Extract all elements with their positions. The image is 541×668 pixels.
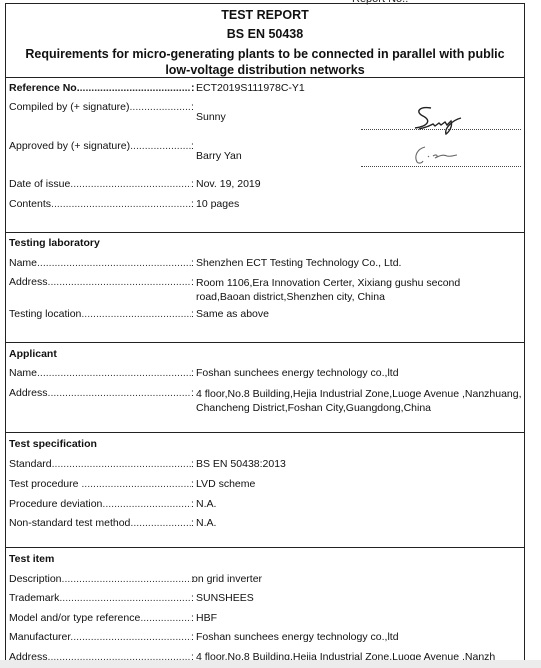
model-row: Model and/or type reference.............…	[9, 612, 197, 624]
non-standard-method-value: N.A.	[196, 517, 216, 529]
lab-name-value: Shenzhen ECT Testing Technology Co., Ltd…	[196, 257, 401, 269]
test-procedure-row: Test procedure .........................…	[9, 478, 197, 490]
divider	[6, 342, 524, 343]
report-standard: BS EN 50438	[6, 27, 524, 41]
divider	[6, 77, 524, 78]
trademark-row: Trademark...............................…	[9, 592, 197, 604]
lab-address-value: Room 1106,Era Innovation Certer, Xixiang…	[196, 276, 486, 304]
compiled-row: Compiled by (+ signature)...............…	[9, 101, 197, 113]
date-row: Date of issue...........................…	[9, 178, 197, 190]
procedure-deviation-row: Procedure deviation.....................…	[9, 498, 197, 510]
test-item-heading: Test item	[9, 553, 54, 565]
approved-signature-line	[361, 166, 521, 167]
standard-value: BS EN 50438:2013	[196, 458, 286, 470]
description-row: Description.............................…	[9, 573, 197, 585]
test-procedure-value: LVD scheme	[196, 478, 255, 490]
applicant-heading: Applicant	[9, 348, 57, 360]
trademark-value: SUNSHEES	[196, 592, 254, 604]
description-value: on grid inverter	[192, 573, 262, 585]
applicant-name-value: Foshan sunchees energy technology co.,lt…	[196, 367, 399, 379]
contents-value: 10 pages	[196, 198, 239, 210]
divider	[6, 547, 524, 548]
lab-address-row: Address.................................…	[9, 276, 197, 288]
report-frame: TEST REPORT BS EN 50438 Requirements for…	[5, 3, 525, 668]
sunny-signature-icon	[409, 104, 469, 136]
lab-name-row: Name....................................…	[9, 257, 197, 269]
applicant-address-row: Address.................................…	[9, 387, 197, 399]
testing-location-value: Same as above	[196, 308, 269, 320]
date-value: Nov. 19, 2019	[196, 178, 261, 190]
approved-row: Approved by (+ signature)...............…	[9, 140, 197, 152]
test-specification-heading: Test specification	[9, 438, 97, 450]
page-bottom-edge	[0, 660, 541, 668]
applicant-name-row: Name....................................…	[9, 367, 197, 379]
procedure-deviation-value: N.A.	[196, 498, 216, 510]
divider	[6, 432, 524, 433]
testing-location-row: Testing location........................…	[9, 308, 197, 320]
divider	[6, 232, 524, 233]
applicant-address-value: 4 floor,No.8 Building,Hejia Industrial Z…	[196, 387, 526, 415]
model-value: HBF	[196, 612, 217, 624]
barry-yan-signature-icon	[411, 144, 461, 166]
compiled-value: Sunny	[196, 111, 226, 123]
reference-row: Reference No............................…	[9, 82, 197, 94]
approved-value: Barry Yan	[196, 150, 242, 162]
testing-laboratory-heading: Testing laboratory	[9, 237, 100, 249]
standard-row: Standard................................…	[9, 458, 197, 470]
manufacturer-value: Foshan sunchees energy technology co.,lt…	[196, 631, 399, 643]
manufacturer-row: Manufacturer............................…	[9, 631, 197, 643]
non-standard-method-row: Non-standard test method................…	[9, 517, 197, 529]
report-subtitle: Requirements for micro-generating plants…	[6, 46, 524, 78]
contents-row: Contents................................…	[9, 198, 197, 210]
reference-value: ECT2019S111978C-Y1	[196, 82, 305, 94]
report-title: TEST REPORT	[6, 8, 524, 22]
